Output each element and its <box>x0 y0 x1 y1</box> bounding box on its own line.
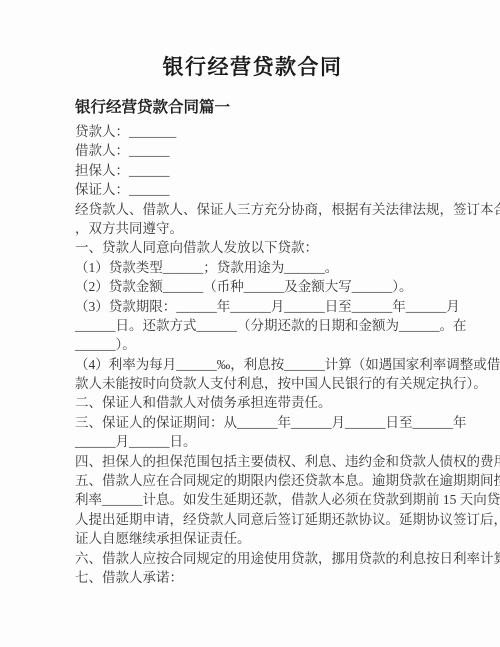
contract-body-line: 人提出延期申请，经贷款人同意后签订延期还款协议。延期协议签订后，保 <box>75 510 430 529</box>
contract-body-line: 六、借款人应按合同规定的用途使用贷款，挪用贷款的利息按日利率计算 <box>75 549 430 568</box>
guarantor-field-line: 担保人：______ <box>75 161 430 180</box>
borrower-field-line: 借款人：______ <box>75 141 430 160</box>
contract-body-line: （4）利率为每月______‰，利息按______计算（如遇国家利率调整或借 <box>75 355 430 374</box>
warrantor-field-line: 保证人：______ <box>75 180 430 199</box>
contract-document-page: 银行经营贷款合同 银行经营贷款合同篇一 贷款人：_______ 借款人：____… <box>0 0 500 647</box>
contract-body-line: 经贷款人、借款人、保证人三方充分协商，根据有关法律法规，签订本合同 <box>75 200 430 219</box>
contract-body-line: 三、保证人的保证期间：从______年______月______日至______… <box>75 413 430 432</box>
lender-field-line: 贷款人：_______ <box>75 122 430 141</box>
contract-body-line: 五、借款人应在合同规定的期限内偿还贷款本息。逾期贷款在逾期期间按日 <box>75 471 430 490</box>
contract-body-line: ______）。 <box>75 335 430 354</box>
section-heading: 银行经营贷款合同篇一 <box>75 98 430 118</box>
contract-body-line: 利率______计息。如发生延期还款，借款人必须在贷款到期前 15 天向贷款 <box>75 490 430 509</box>
contract-body: 经贷款人、借款人、保证人三方充分协商，根据有关法律法规，签订本合同，双方共同遵守… <box>75 200 430 588</box>
contract-body-line: 七、借款人承诺： <box>75 568 430 587</box>
party-fields: 贷款人：_______ 借款人：______ 担保人：______ 保证人：__… <box>75 122 430 200</box>
contract-body-line: 款人未能按时向贷款人支付利息，按中国人民银行的有关规定执行）。 <box>75 374 430 393</box>
contract-body-line: ，双方共同遵守。 <box>75 219 430 238</box>
contract-body-line: ______日。还款方式______（分期还款的日期和金额为______。在 <box>75 316 430 335</box>
document-title: 银行经营贷款合同 <box>75 52 430 82</box>
contract-body-line: （1）贷款类型______；贷款用途为______。 <box>75 258 430 277</box>
contract-body-line: 四、担保人的担保范围包括主要债权、利息、违约金和贷款人债权的费用。 <box>75 452 430 471</box>
contract-body-line: ______月______日。 <box>75 432 430 451</box>
contract-body-line: （3）贷款期限：______年______月______日至______年___… <box>75 297 430 316</box>
contract-body-line: 证人自愿继续承担保证责任。 <box>75 529 430 548</box>
contract-body-line: 一、贷款人同意向借款人发放以下贷款： <box>75 238 430 257</box>
contract-body-line: （2）贷款金额______（币种______及金额大写______）。 <box>75 277 430 296</box>
contract-body-line: 二、保证人和借款人对债务承担连带责任。 <box>75 393 430 412</box>
